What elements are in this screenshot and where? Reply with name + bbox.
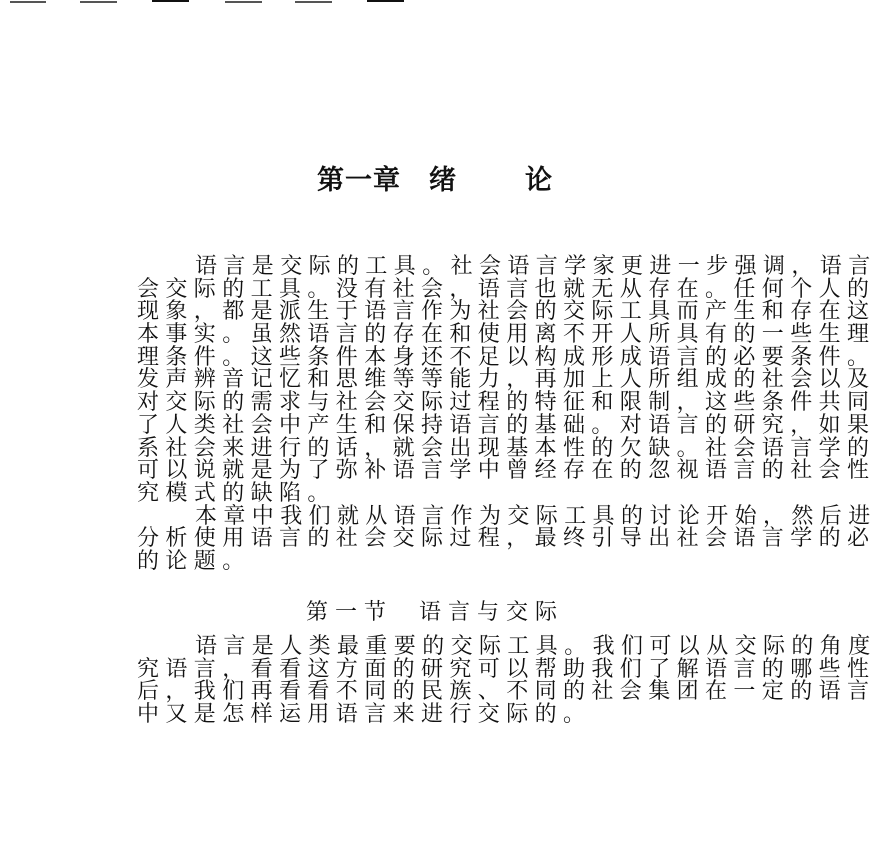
section-paragraph-1: 语言是人类最重要的交际工具。我们可以从交际的角度来研 究语言，看看这方面的研究可… [137, 636, 817, 727]
text-line: 本章中我们就从语言作为交际工具的讨论开始，然后进一步 [137, 506, 817, 529]
text-line: 发声辨音记忆和思维等等能力，再加上人所组成的社会以及社会 [137, 369, 817, 392]
section-paragraphs: 语言是人类最重要的交际工具。我们可以从交际的角度来研 究语言，看看这方面的研究可… [137, 636, 817, 727]
top-mark [225, 1, 262, 3]
text-line: 现象，都是派生于语言作为社会的交际工具而产生和存在这一基 [137, 301, 817, 324]
text-line: 理条件。这些条件本身还不足以构成形成语言的必要条件。人的 [137, 347, 817, 370]
section-number: 第一节 [306, 600, 393, 625]
intro-paragraphs: 语言是交际的工具。社会语言学家更进一步强调，语言是社 会交际的工具。没有社会，语… [137, 256, 817, 574]
section-title: 第一节语言与交际 [0, 595, 870, 626]
text-line: 可以说就是为了弥补语言学中曾经存在的忽视语言的社会性的研 [137, 460, 817, 483]
text-line: 究模式的缺陷。 [137, 483, 817, 506]
chapter-title-part1: 绪 [429, 158, 457, 197]
paragraph-2: 本章中我们就从语言作为交际工具的讨论开始，然后进一步 分析使用语言的社会交际过程… [137, 506, 817, 574]
paragraph-1: 语言是交际的工具。社会语言学家更进一步强调，语言是社 会交际的工具。没有社会，语… [137, 256, 817, 506]
text-line: 中又是怎样运用语言来进行交际的。 [137, 704, 817, 727]
text-line: 系社会来进行的话，就会出现基本性的欠缺。社会语言学的产生， [137, 438, 817, 461]
text-line: 分析使用语言的社会交际过程，最终引导出社会语言学的必要性 [137, 528, 817, 551]
text-line: 究语言，看看这方面的研究可以帮助我们了解语言的哪些性质。然 [137, 659, 817, 682]
top-mark [367, 0, 404, 2]
text-line: 会交际的工具。没有社会，语言也就无从存在。任何个人的语言 [137, 279, 817, 302]
top-mark [80, 1, 117, 3]
text-line: 后，我们再看看不同的民族、不同的社会集团在一定的语言环境 [137, 681, 817, 704]
text-line: 了人类社会中产生和保持语言的基础。对语言的研究，如果不联 [137, 415, 817, 438]
text-line: 语言是交际的工具。社会语言学家更进一步强调，语言是社 [137, 256, 817, 279]
chapter-number: 第一章 [317, 158, 401, 197]
top-mark [10, 1, 46, 3]
chapter-title-part2: 论 [525, 158, 553, 197]
top-mark [152, 0, 189, 2]
top-mark [295, 1, 332, 3]
text-line: 本事实。虽然语言的存在和使用离不开人所具有的一些生理和心 [137, 324, 817, 347]
chapter-title: 第一章绪论 [0, 158, 870, 197]
text-line: 的论题。 [137, 551, 817, 574]
section-heading: 语言与交际 [419, 600, 564, 625]
text-line: 对交际的需求与社会交际过程的特征和限制，这些条件共同构成 [137, 392, 817, 415]
text-line: 语言是人类最重要的交际工具。我们可以从交际的角度来研 [137, 636, 817, 659]
